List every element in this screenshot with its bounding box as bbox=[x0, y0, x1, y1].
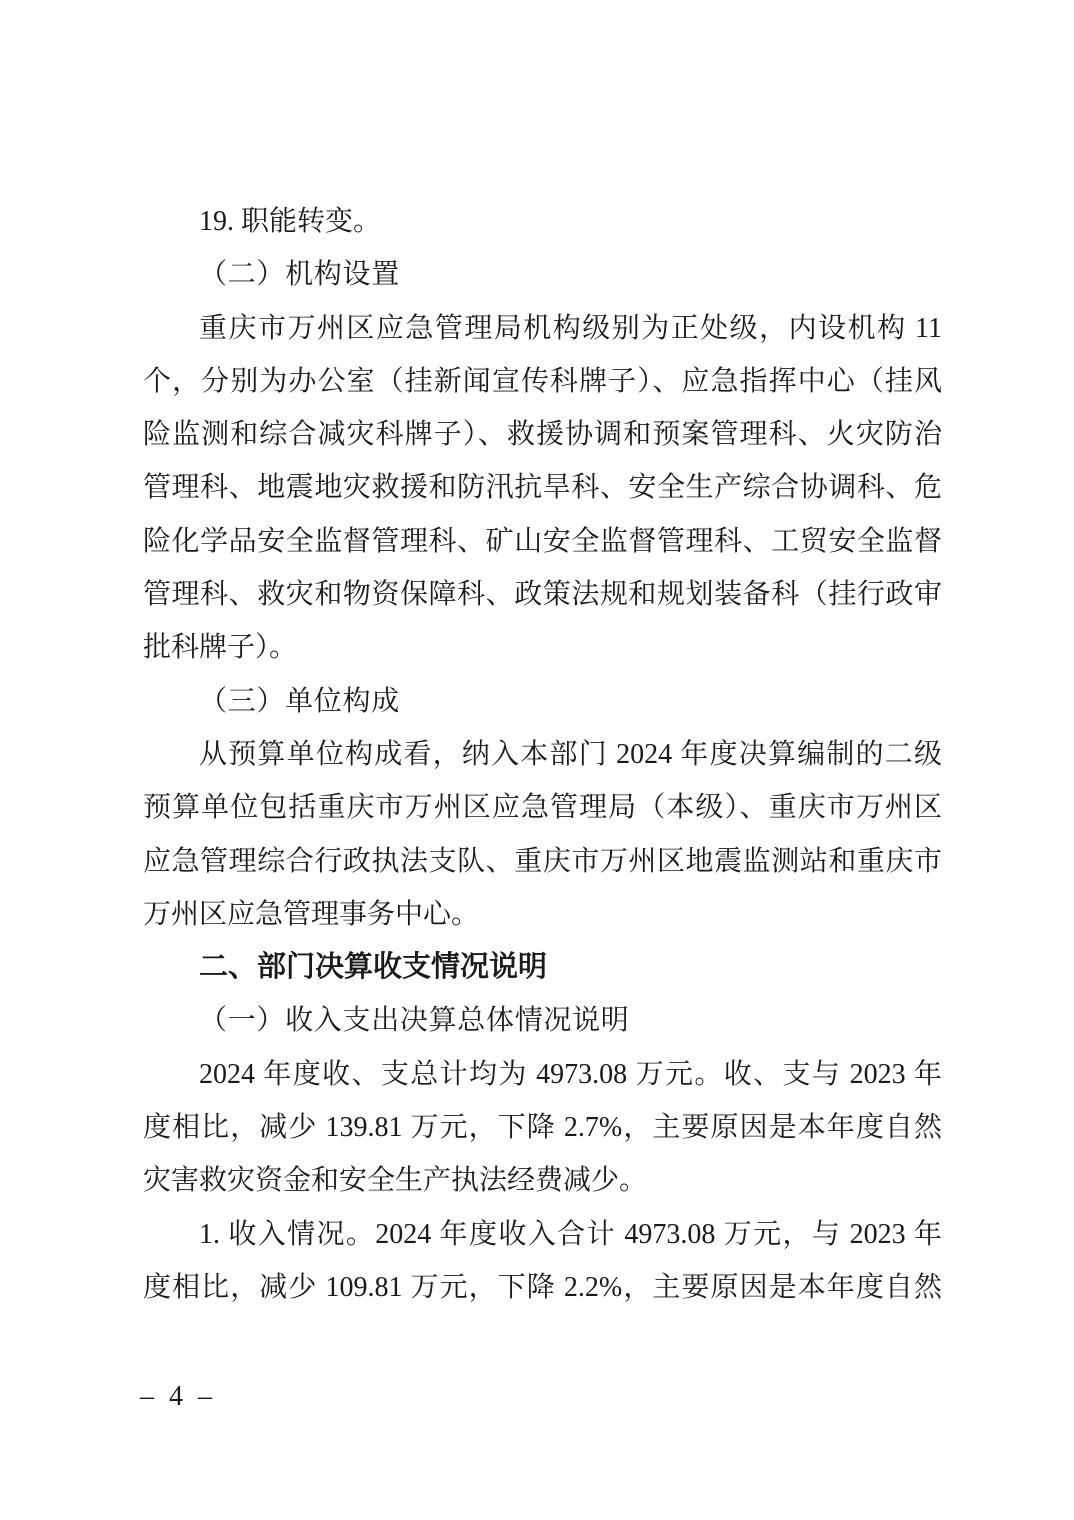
para-org-setup-line: 个，分别为办公室（挂新闻宣传科牌子）、应急指挥中心（挂风 bbox=[143, 355, 942, 408]
para-unit-composition-line: 从预算单位构成看，纳入本部门 2024 年度决算编制的二级 bbox=[143, 728, 942, 781]
para-unit-composition-line: 万州区应急管理事务中心。 bbox=[143, 888, 942, 941]
para-income-line: 1. 收入情况。2024 年度收入合计 4973.08 万元，与 2023 年 bbox=[143, 1208, 942, 1261]
para-overview-line: 度相比，减少 139.81 万元，下降 2.7%，主要原因是本年度自然 bbox=[143, 1101, 942, 1154]
heading-section-2-org-setup: （二）机构设置 bbox=[143, 248, 942, 301]
para-org-setup-line: 险化学品安全监督管理科、矿山安全监督管理科、工贸安全监督 bbox=[143, 515, 942, 568]
heading-sub-1-income-expense-overview: （一）收入支出决算总体情况说明 bbox=[143, 994, 942, 1047]
document-page: 19. 职能转变。 （二）机构设置 重庆市万州区应急管理局机构级别为正处级，内设… bbox=[0, 0, 1074, 1520]
page-number: – 4 – bbox=[140, 1380, 216, 1414]
para-org-setup-line: 险监测和综合减灾科牌子）、救援协调和预案管理科、火灾防治 bbox=[143, 408, 942, 461]
para-income-line: 度相比，减少 109.81 万元，下降 2.2%，主要原因是本年度自然 bbox=[143, 1261, 942, 1314]
para-overview-line: 灾害救灾资金和安全生产执法经费减少。 bbox=[143, 1154, 942, 1207]
para-overview-line: 2024 年度收、支总计均为 4973.08 万元。收、支与 2023 年 bbox=[143, 1048, 942, 1101]
heading-part-2-final-accounts: 二、部门决算收支情况说明 bbox=[143, 941, 942, 994]
document-body: 19. 职能转变。 （二）机构设置 重庆市万州区应急管理局机构级别为正处级，内设… bbox=[143, 195, 942, 1314]
para-org-setup-line: 管理科、救灾和物资保障科、政策法规和规划装备科（挂行政审 bbox=[143, 568, 942, 621]
para-org-setup-line: 批科牌子）。 bbox=[143, 621, 942, 674]
heading-section-3-unit-composition: （三）单位构成 bbox=[143, 675, 942, 728]
list-item-19: 19. 职能转变。 bbox=[143, 195, 942, 248]
para-unit-composition-line: 应急管理综合行政执法支队、重庆市万州区地震监测站和重庆市 bbox=[143, 835, 942, 888]
para-unit-composition-line: 预算单位包括重庆市万州区应急管理局（本级）、重庆市万州区 bbox=[143, 781, 942, 834]
para-org-setup-line: 重庆市万州区应急管理局机构级别为正处级，内设机构 11 bbox=[143, 302, 942, 355]
para-org-setup-line: 管理科、地震地灾救援和防汛抗旱科、安全生产综合协调科、危 bbox=[143, 461, 942, 514]
